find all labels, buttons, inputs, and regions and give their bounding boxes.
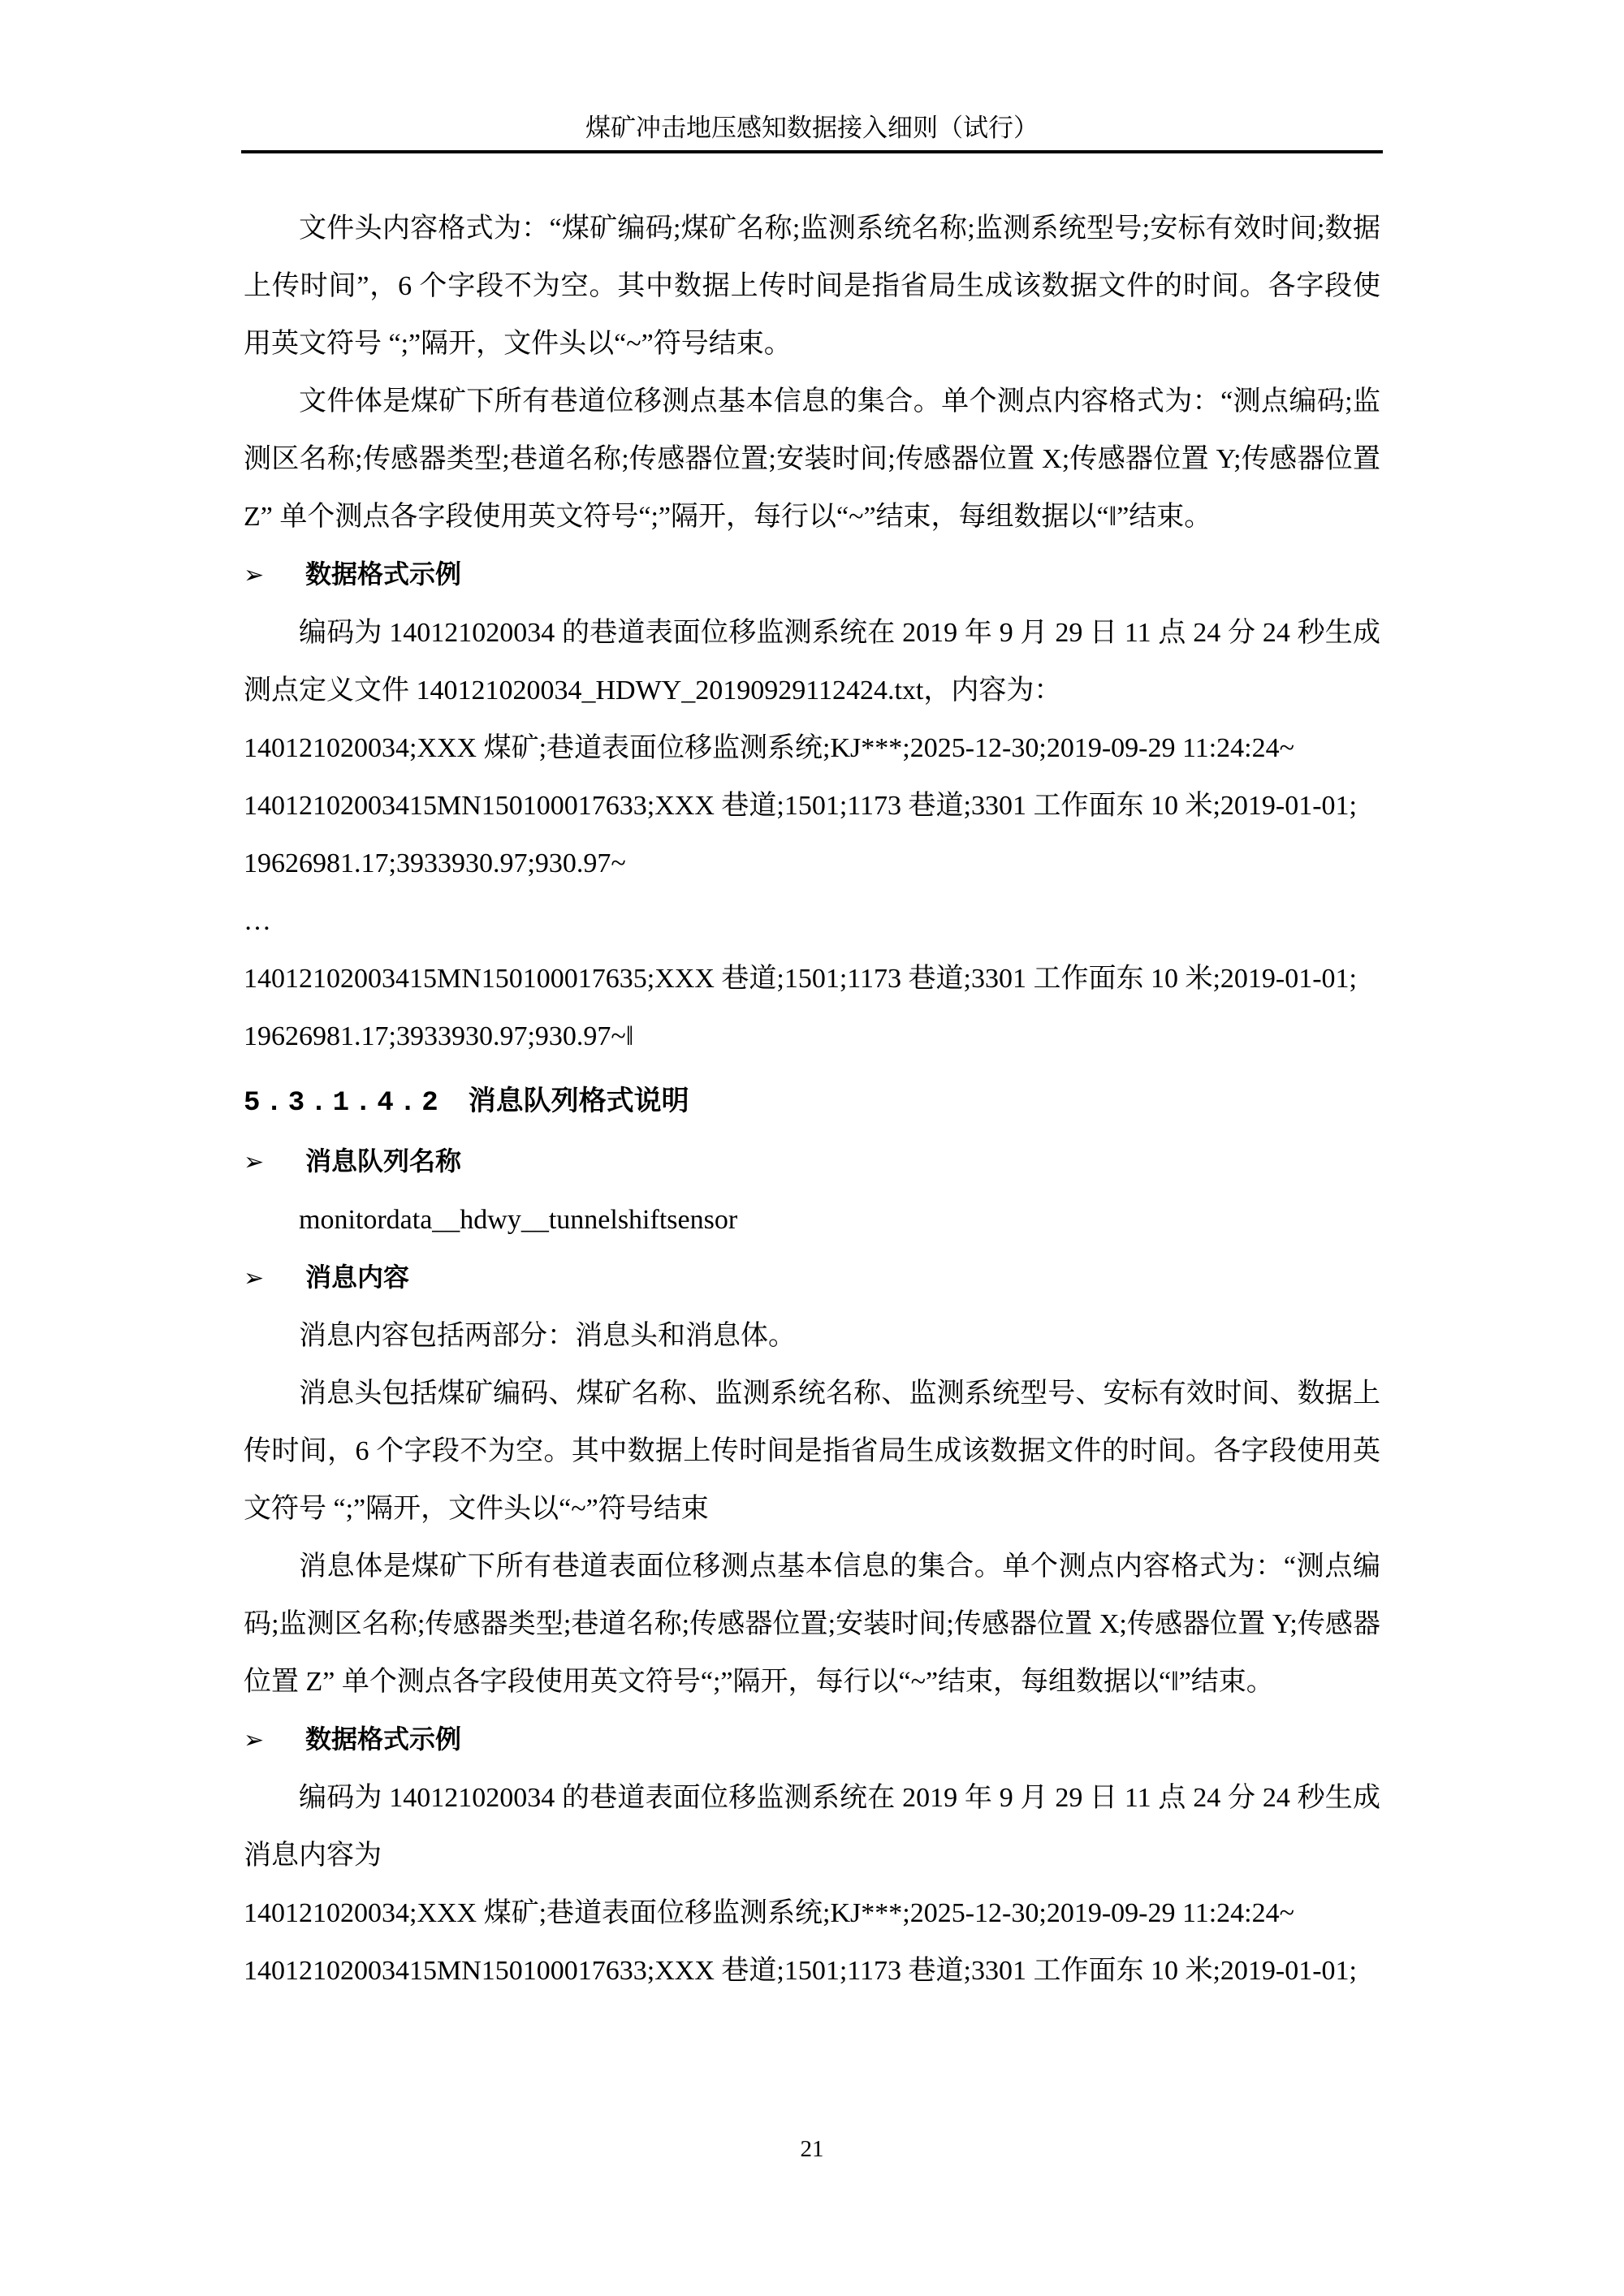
bullet-item-queue-name: ➢ 消息队列名称: [244, 1133, 1380, 1191]
data-line: 19626981.17;3933930.97;930.97~‖: [244, 1008, 1380, 1065]
page-title: 煤矿冲击地压感知数据接入细则（试行）: [585, 114, 1039, 142]
data-line: 14012102003415MN150100017633;XXX 巷道;1501…: [244, 777, 1380, 835]
bullet-item-message-content: ➢ 消息内容: [244, 1249, 1380, 1307]
bullet-item-data-format-example-1: ➢ 数据格式示例: [244, 546, 1380, 604]
paragraph-message-body-format: 消息体是煤矿下所有巷道表面位移测点基本信息的集合。单个测点内容格式为：“测点编码…: [244, 1538, 1380, 1711]
data-line: 140121020034;XXX 煤矿;巷道表面位移监测系统;KJ***;202…: [244, 719, 1380, 777]
document-page: 煤矿冲击地压感知数据接入细则（试行） 文件头内容格式为：“煤矿编码;煤矿名称;监…: [0, 0, 1624, 2296]
paragraph-file-header-format: 文件头内容格式为：“煤矿编码;煤矿名称;监测系统名称;监测系统型号;安标有效时间…: [244, 200, 1380, 373]
bullet-item-data-format-example-2: ➢ 数据格式示例: [244, 1711, 1380, 1769]
data-line: 14012102003415MN150100017635;XXX 巷道;1501…: [244, 950, 1380, 1008]
bullet-label: 数据格式示例: [305, 1711, 461, 1768]
page-footer: 21: [0, 2135, 1624, 2163]
queue-name-value: monitordata__hdwy__tunnelshiftsensor: [244, 1191, 1380, 1249]
document-body: 文件头内容格式为：“煤矿编码;煤矿名称;监测系统名称;监测系统型号;安标有效时间…: [244, 200, 1380, 2000]
bullet-label: 消息队列名称: [305, 1133, 461, 1190]
page-number: 21: [801, 2136, 824, 2162]
heading-number: 5.3.1.4.2: [244, 1088, 444, 1119]
paragraph-message-header-format: 消息头包括煤矿编码、煤矿名称、监测系统名称、监测系统型号、安标有效时间、数据上传…: [244, 1365, 1380, 1538]
bullet-arrow-icon: ➢: [244, 1711, 305, 1769]
bullet-label: 数据格式示例: [305, 546, 461, 603]
bullet-label: 消息内容: [305, 1249, 409, 1306]
ellipsis-line: …: [244, 892, 1380, 950]
data-line: 14012102003415MN150100017633;XXX 巷道;1501…: [244, 1942, 1380, 2000]
page-header: 煤矿冲击地压感知数据接入细则（试行）: [241, 114, 1383, 153]
bullet-arrow-icon: ➢: [244, 1133, 305, 1191]
heading-title: 消息队列格式说明: [469, 1085, 689, 1116]
bullet-arrow-icon: ➢: [244, 546, 305, 604]
data-line: 140121020034;XXX 煤矿;巷道表面位移监测系统;KJ***;202…: [244, 1884, 1380, 1942]
data-line: 19626981.17;3933930.97;930.97~: [244, 835, 1380, 892]
paragraph-file-body-format: 文件体是煤矿下所有巷道位移测点基本信息的集合。单个测点内容格式为：“测点编码;监…: [244, 373, 1380, 546]
paragraph-message-example-intro: 编码为 140121020034 的巷道表面位移监测系统在 2019 年 9 月…: [244, 1769, 1380, 1884]
section-heading-message-queue: 5.3.1.4.2消息队列格式说明: [244, 1072, 1380, 1133]
paragraph-message-parts: 消息内容包括两部分：消息头和消息体。: [244, 1307, 1380, 1365]
bullet-arrow-icon: ➢: [244, 1249, 305, 1307]
paragraph-file-example-intro: 编码为 140121020034 的巷道表面位移监测系统在 2019 年 9 月…: [244, 604, 1380, 719]
